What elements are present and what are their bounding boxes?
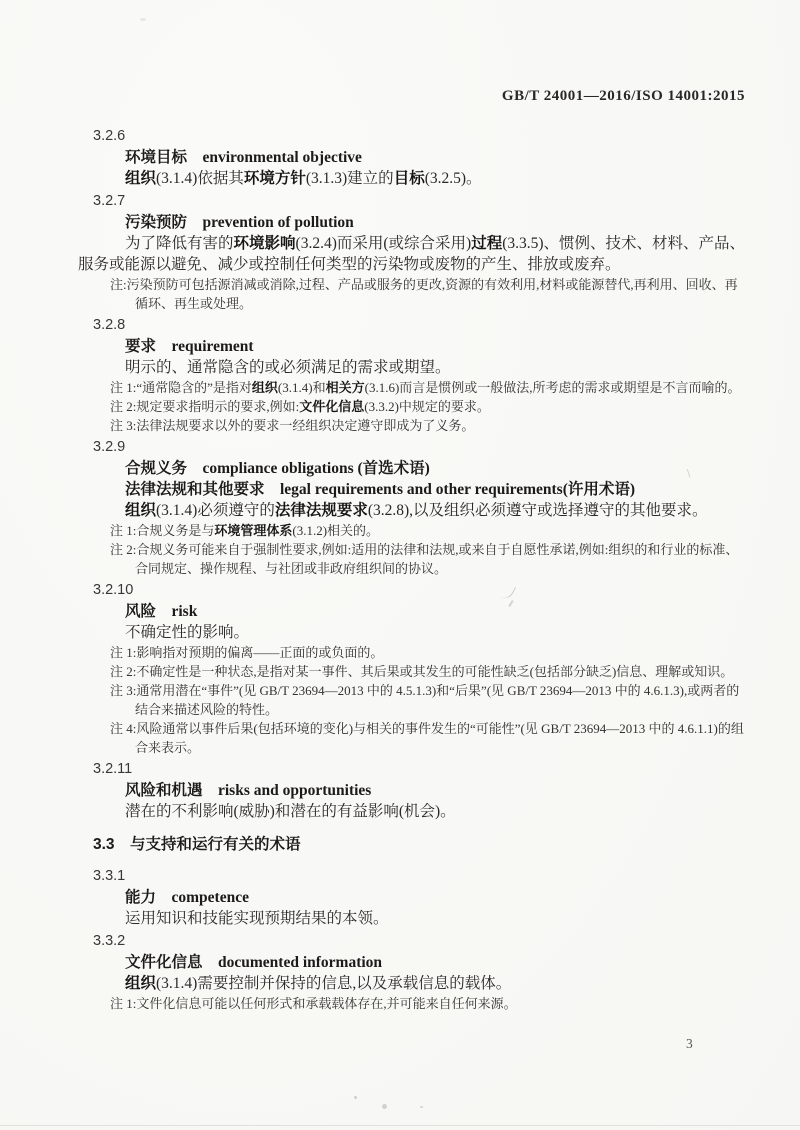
- clause-number: 3.2.6: [93, 126, 748, 147]
- clause-section: 3.2.7污染预防 prevention of pollution为了降低有害的…: [78, 191, 748, 313]
- note-text: 注 1:合规义务是与环境管理体系(3.1.2)相关的。: [78, 521, 748, 540]
- clause-number: 3.2.11: [93, 759, 748, 780]
- clause-number: 3.2.9: [93, 437, 748, 458]
- definition-text: 组织(3.1.4)需要控制并保持的信息,以及承载信息的载体。: [78, 973, 748, 994]
- term-line: 文件化信息 documented information: [125, 952, 748, 973]
- clause-section: 3.3.2文件化信息 documented information组织(3.1.…: [78, 931, 748, 1013]
- note-text: 注 2:规定要求指明示的要求,例如:文件化信息(3.3.2)中规定的要求。: [78, 397, 748, 416]
- clause-section: 3.2.10风险 risk不确定性的影响。注 1:影响指对预期的偏离——正面的或…: [78, 580, 748, 757]
- scan-artifact: [354, 1096, 357, 1099]
- standard-number-header: GB/T 24001—2016/ISO 14001:2015: [0, 88, 745, 105]
- clause-number: 3.3.1: [93, 866, 748, 887]
- term-line: 法律法规和其他要求 legal requirements and other r…: [125, 479, 748, 500]
- definition-text: 潜在的不利影响(威胁)和潜在的有益影响(机会)。: [78, 801, 748, 822]
- definition-text: 明示的、通常隐含的或必须满足的需求或期望。: [78, 357, 748, 378]
- definition-text: 为了降低有害的环境影响(3.2.4)而采用(或综合采用)过程(3.3.5)、惯例…: [78, 233, 748, 275]
- term-line: 合规义务 compliance obligations (首选术语): [125, 458, 748, 479]
- note-text: 注 3:通常用潜在“事件”(见 GB/T 23694—2013 中的 4.5.1…: [78, 681, 748, 719]
- definition-text: 组织(3.1.4)必须遵守的法律法规要求(3.2.8),以及组织必须遵守或选择遵…: [78, 500, 748, 521]
- clause-number: 3.2.7: [93, 191, 748, 212]
- scanned-page: GB/T 24001—2016/ISO 14001:2015 3.2.6环境目标…: [0, 0, 800, 1130]
- term-line: 风险和机遇 risks and opportunities: [125, 780, 748, 801]
- page-number: 3: [686, 1036, 693, 1052]
- definition-text: 不确定性的影响。: [78, 622, 748, 643]
- clause-section: 3.3 与支持和运行有关的术语: [78, 834, 748, 855]
- note-text: 注 3:法律法规要求以外的要求一经组织决定遵守即成为了义务。: [78, 416, 748, 435]
- note-text: 注 1:文件化信息可能以任何形式和承载载体存在,并可能来自任何来源。: [78, 994, 748, 1013]
- clause-number: 3.3.2: [93, 931, 748, 952]
- note-text: 注:污染预防可包括源消减或消除,过程、产品或服务的更改,资源的有效利用,材料或能…: [78, 275, 748, 313]
- section-heading: 3.3 与支持和运行有关的术语: [93, 834, 748, 855]
- note-text: 注 2:不确定性是一种状态,是指对某一事件、其后果或其发生的可能性缺乏(包括部分…: [78, 662, 748, 681]
- clause-number: 3.2.10: [93, 580, 748, 601]
- clause-number: 3.2.8: [93, 315, 748, 336]
- scan-artifact: [140, 18, 146, 21]
- clause-section: 3.2.8要求 requirement明示的、通常隐含的或必须满足的需求或期望。…: [78, 315, 748, 435]
- scan-artifact: [420, 1106, 423, 1108]
- definition-text: 运用知识和技能实现预期结果的本领。: [78, 908, 748, 929]
- clause-section: 3.2.11风险和机遇 risks and opportunities潜在的不利…: [78, 759, 748, 822]
- document-content: 3.2.6环境目标 environmental objective组织(3.1.…: [0, 126, 800, 1015]
- clause-section: 3.2.9合规义务 compliance obligations (首选术语)法…: [78, 437, 748, 578]
- clause-section: 3.3.1能力 competence运用知识和技能实现预期结果的本领。: [78, 866, 748, 929]
- note-text: 注 1:影响指对预期的偏离——正面的或负面的。: [78, 643, 748, 662]
- term-line: 环境目标 environmental objective: [125, 147, 748, 168]
- scan-artifact: [382, 1104, 387, 1109]
- note-text: 注 1:“通常隐含的”是指对组织(3.1.4)和相关方(3.1.6)而言是惯例或…: [78, 378, 748, 397]
- term-line: 污染预防 prevention of pollution: [125, 212, 748, 233]
- note-text: 注 2:合规义务可能来自于强制性要求,例如:适用的法律和法规,或来自于自愿性承诺…: [78, 540, 748, 578]
- term-line: 能力 competence: [125, 887, 748, 908]
- definition-text: 组织(3.1.4)依据其环境方针(3.1.3)建立的目标(3.2.5)。: [78, 168, 748, 189]
- term-line: 要求 requirement: [125, 336, 748, 357]
- clause-section: 3.2.6环境目标 environmental objective组织(3.1.…: [78, 126, 748, 189]
- note-text: 注 4:风险通常以事件后果(包括环境的变化)与相关的事件发生的“可能性”(见 G…: [78, 719, 748, 757]
- term-line: 风险 risk: [125, 601, 748, 622]
